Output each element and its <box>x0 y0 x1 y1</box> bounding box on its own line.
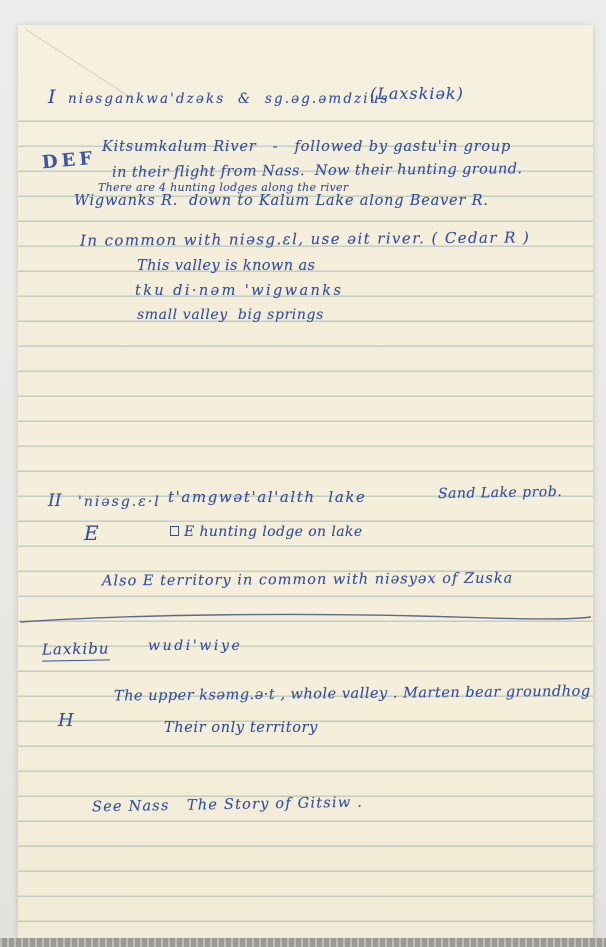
section-two-name: 'niǝsg.ε·l <box>78 495 161 510</box>
common-line-4: small valley big springs <box>137 308 324 323</box>
paper-sheet: I niǝsgankwa'dzǝks & sg.ǝg.ǝmdzius (Laxs… <box>18 25 593 938</box>
heading-phonetic: niǝsgankwa'dzǝks & sg.ǝg.ǝmdzius <box>68 92 390 107</box>
margin-code-h: H <box>58 711 74 731</box>
scanned-notebook-page: I niǝsgankwa'dzǝks & sg.ǝg.ǝmdzius (Laxs… <box>0 0 606 947</box>
laxkibu-name: wudi'wiye <box>148 639 242 654</box>
laxkibu-line-2: Their only territory <box>164 721 318 737</box>
paper-crease <box>25 29 135 101</box>
section-two-territory: Also E territory in common with niǝsyǝx … <box>102 572 513 591</box>
scan-background-edge <box>0 938 606 947</box>
section-two-note: Sand Lake prob. <box>438 485 562 503</box>
section-two-lake: t'amgwǝt'al'alth lake <box>168 489 367 506</box>
laxkibu-clan: Laxkibu <box>42 640 110 661</box>
heading-numeral: I <box>48 87 56 108</box>
lodge-marker-square-icon <box>170 526 179 536</box>
def-line-3: Wigwanks R. down to Kalum Lake along Bea… <box>74 194 489 210</box>
heading-clan: (Laxskiǝk) <box>370 85 464 103</box>
common-line-3: tku di·nǝm 'wigwanks <box>135 284 343 300</box>
margin-code-e: E <box>84 522 99 544</box>
common-line-1: In common with niǝsg.εl, use ǝit river. … <box>80 229 530 249</box>
laxkibu-line-1: The upper ksǝmg.ǝ·t , whole valley . Mar… <box>114 685 591 706</box>
lodge-note: E hunting lodge on lake <box>170 525 363 540</box>
hand-drawn-divider-line <box>18 611 593 627</box>
common-line-2: This valley is known as <box>137 259 315 275</box>
def-line-2: in their flight from Nass. Now their hun… <box>112 162 523 182</box>
margin-code-def: DEF <box>41 149 97 173</box>
def-line-1: Kitsumkalum River - followed by gastu'in… <box>102 140 511 156</box>
section-two-numeral: II <box>48 492 61 511</box>
footer-reference: See Nass The Story of Gitsiw . <box>92 796 363 817</box>
lodge-note-text: E hunting lodge on lake <box>184 524 363 540</box>
